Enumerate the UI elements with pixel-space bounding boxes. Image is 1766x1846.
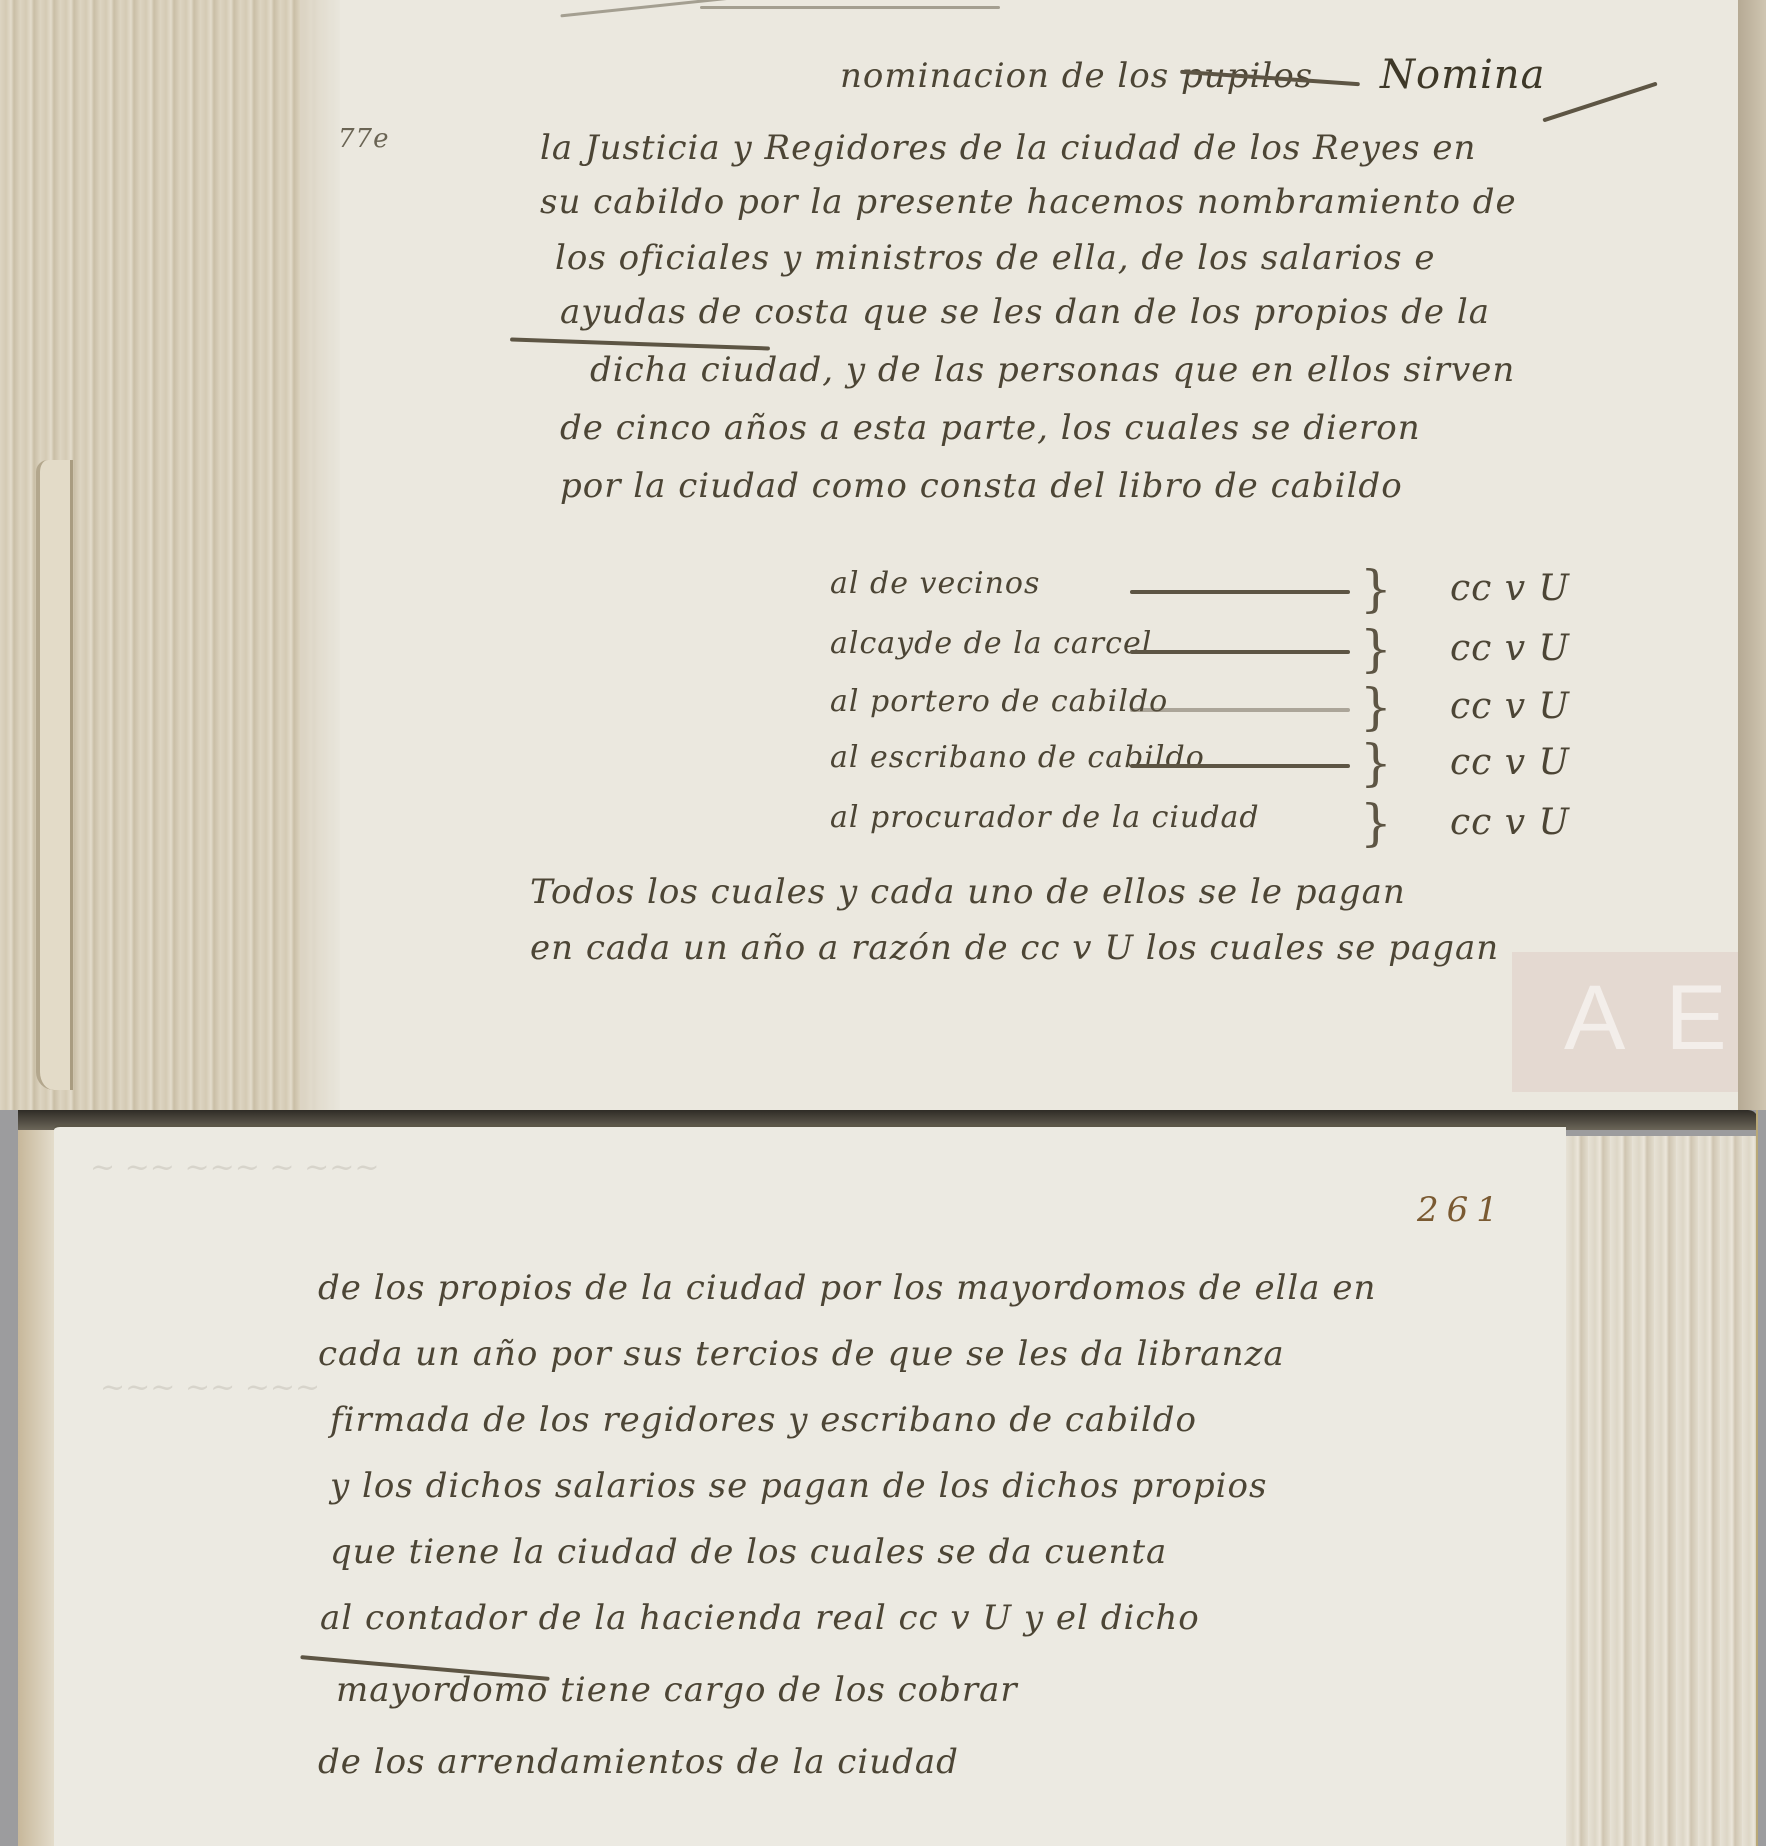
bleed-through-text: ~ ~~ ~~~ ~ ~~~ (90, 1150, 380, 1185)
list-item-amount: cc v U (1450, 742, 1570, 783)
text-line: ayudas de costa que se les dan de los pr… (560, 292, 1490, 332)
text-line: al contador de la hacienda real cc v U y… (320, 1598, 1200, 1638)
text-line: su cabildo por la presente hacemos nombr… (540, 182, 1517, 222)
previous-line-stroke (700, 6, 1000, 9)
list-row: al escribano de cabildo } cc v U (830, 740, 1690, 790)
list-item-name: al escribano de cabildo (830, 740, 1205, 775)
leader-line (1130, 590, 1350, 594)
brace-icon: } (1360, 734, 1393, 792)
text-line: de los propios de la ciudad por los mayo… (318, 1268, 1376, 1308)
list-item-name: al portero de cabildo (830, 684, 1168, 719)
list-row: al de vecinos } cc v U (830, 566, 1690, 616)
list-item-name: alcayde de la carcel (830, 626, 1152, 661)
text-line: Todos los cuales y cada uno de ellos se … (530, 872, 1406, 912)
list-row: alcayde de la carcel } cc v U (830, 626, 1690, 676)
background-strip-left (0, 1110, 18, 1846)
text-line: firmada de los regidores y escribano de … (330, 1400, 1197, 1440)
brace-icon: } (1360, 560, 1393, 618)
binding-edge-left (18, 1110, 54, 1846)
folded-page-tab (36, 460, 73, 1090)
list-item-name: al procurador de la ciudad (830, 800, 1260, 835)
list-item-amount: cc v U (1450, 568, 1570, 609)
text-line: de cinco años a esta parte, los cuales s… (560, 408, 1421, 448)
leader-line (1130, 650, 1350, 654)
margin-note: 77e (338, 124, 389, 154)
text-line: en cada un año a razón de cc v U los cua… (530, 928, 1499, 968)
list-item-amount: cc v U (1450, 802, 1570, 843)
list-item-amount: cc v U (1450, 628, 1570, 669)
text-line: que tiene la ciudad de los cuales se da … (330, 1532, 1167, 1572)
list-item-name: al de vecinos (830, 566, 1040, 601)
watermark: AE (1512, 952, 1738, 1092)
text-line: mayordomo tiene cargo de los cobrar (336, 1670, 1018, 1710)
brace-icon: } (1360, 620, 1393, 678)
page-stack-edge-right (1566, 1136, 1756, 1846)
watermark-text: AE (1564, 966, 1766, 1071)
text-line: la Justicia y Regidores de la ciudad de … (540, 128, 1476, 168)
text-line: dicha ciudad, y de las personas que en e… (590, 350, 1515, 390)
page-edge-right (1738, 0, 1766, 1110)
text-line: por la ciudad como consta del libro de c… (560, 466, 1403, 506)
leader-line (1130, 708, 1350, 712)
text-line: cada un año por sus tercios de que se le… (318, 1334, 1285, 1374)
list-row: al portero de cabildo } cc v U (830, 684, 1690, 734)
bleed-through-text: ~~~ ~~ ~~~ (100, 1370, 320, 1405)
text-line: y los dichos salarios se pagan de los di… (330, 1466, 1267, 1506)
list-row: al procurador de la ciudad } cc v U (830, 800, 1690, 850)
nomina-title: Nomina (1380, 52, 1545, 98)
brace-icon: } (1360, 678, 1393, 736)
list-item-amount: cc v U (1450, 686, 1570, 727)
top-page-scan: 77e nominacion de los pupilos Nomina la … (0, 0, 1766, 1110)
brace-icon: } (1360, 794, 1393, 852)
bottom-page-scan: ~ ~~ ~~~ ~ ~~~ ~~~ ~~ ~~~ 261 de los pro… (0, 1110, 1766, 1846)
text-line: de los arrendamientos de la ciudad (318, 1742, 959, 1782)
background-strip-right (1756, 1110, 1766, 1846)
page-number: 261 (1417, 1190, 1506, 1230)
leader-line (1130, 764, 1350, 768)
text-line: los oficiales y ministros de ella, de lo… (555, 238, 1436, 278)
cutoff-caption: ........ ........ ..... (385, 1836, 680, 1846)
